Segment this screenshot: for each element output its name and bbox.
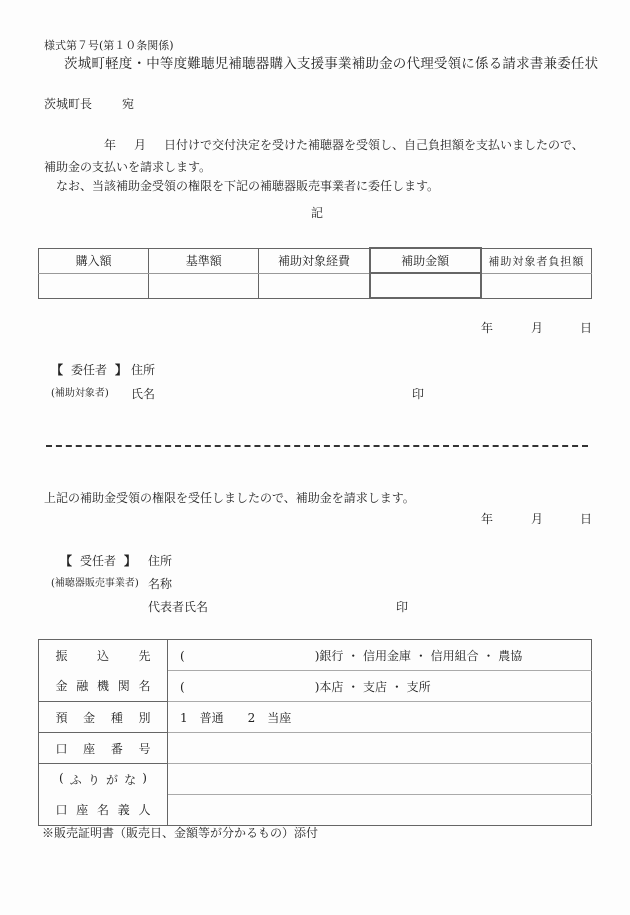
addressee-name: 茨城町長: [44, 97, 92, 111]
header-standard-amount: 基準額: [149, 248, 259, 273]
bank-label-transfer-institution: 振 込 先 金 融 機 関 名: [39, 640, 168, 702]
date-month: 月: [531, 513, 543, 525]
body-line-1: 年月日付けで交付決定を受けた補聴器を受領し、自己負担額を支払いましたので、: [44, 139, 584, 151]
delegatee-role: 受任者: [80, 554, 116, 568]
delegatee-subrole: (補聴器販売事業者): [51, 579, 139, 589]
header-eligible-cost: 補助対象経費: [259, 248, 370, 273]
date-year: 年: [481, 322, 493, 334]
delegator-seal: 印: [412, 388, 424, 400]
label-account-number: 口 座 番 号: [39, 733, 168, 764]
date-day: 日: [580, 322, 592, 334]
delegatee-seal: 印: [396, 601, 408, 613]
label-furigana: ( ふ り が な ): [59, 771, 147, 788]
body-line-2: 補助金の支払いを請求します。: [44, 161, 211, 173]
form-number: 様式第７号(第１０条関係): [44, 40, 174, 51]
amount-table: 購入額 基準額 補助対象経費 補助金額 補助対象者負担額: [38, 247, 592, 299]
standard-amount-field[interactable]: [149, 273, 259, 298]
attachment-note: ※販売証明書（販売日、金額等が分かるもの）添付: [42, 827, 318, 839]
account-type-field[interactable]: 1 普通 2 当座: [168, 702, 592, 733]
branch-name-field[interactable]: ()本店 ・ 支店 ・ 支所: [168, 671, 592, 702]
delegatee-company-label: 名称: [148, 578, 172, 590]
delegatee-rep-label: 代表者氏名: [148, 601, 208, 613]
account-number-field[interactable]: [168, 733, 592, 764]
document-title: 茨城町軽度・中等度難聴児補聴器購入支援事業補助金の代理受領に係る請求書兼委任状: [64, 58, 598, 72]
acceptance-text: 上記の補助金受領の権限を受任しましたので、補助金を請求します。: [44, 492, 415, 504]
year-label: 年: [104, 138, 116, 152]
label-institution-name: 金 融 機 関 名: [56, 677, 151, 694]
month-label: 月: [134, 138, 146, 152]
delegatee-address-label: 住所: [148, 555, 172, 567]
account-holder-field[interactable]: [168, 795, 592, 826]
header-recipient-burden: 補助対象者負担額: [481, 248, 592, 273]
eligible-cost-field[interactable]: [259, 273, 370, 298]
label-account-type: 預 金 種 別: [39, 702, 168, 733]
recipient-burden-field[interactable]: [481, 273, 592, 298]
date-year: 年: [481, 513, 493, 525]
label-account-holder: ( ふ り が な ) 口 座 名 義 人: [39, 764, 168, 826]
bank-account-table: 振 込 先 金 融 機 関 名 ()銀行 ・ 信用金庫 ・ 信用組合 ・ 農協 …: [38, 639, 592, 826]
bank-type-options: 銀行 ・ 信用金庫 ・ 信用組合 ・ 農協: [319, 649, 522, 663]
body-line-1-text: 日付けで交付決定を受けた補聴器を受領し、自己負担額を支払いましたので、: [164, 138, 584, 152]
bank-name-field[interactable]: ()銀行 ・ 信用金庫 ・ 信用組合 ・ 農協: [168, 640, 592, 671]
date-line-1: 年月日: [481, 322, 592, 334]
addressee: 茨城町長宛: [44, 98, 134, 110]
cut-line: [46, 445, 588, 447]
delegator-heading: 【委任者】: [51, 364, 127, 376]
delegator-name-label: 氏名: [131, 388, 155, 400]
addressee-honorific: 宛: [122, 97, 134, 111]
subsidy-amount-field[interactable]: [370, 273, 481, 298]
header-subsidy-amount: 補助金額: [370, 248, 481, 273]
bank-row-transfer-to: 振 込 先 金 融 機 関 名 ()銀行 ・ 信用金庫 ・ 信用組合 ・ 農協: [39, 640, 592, 671]
amount-table-header-row: 購入額 基準額 補助対象経費 補助金額 補助対象者負担額: [39, 248, 592, 273]
bank-row-account-number: 口 座 番 号: [39, 733, 592, 764]
amount-table-value-row: [39, 273, 592, 298]
date-line-2: 年月日: [481, 513, 592, 525]
delegatee-heading: 【受任者】: [60, 555, 136, 567]
branch-type-options: 本店 ・ 支店 ・ 支所: [319, 680, 430, 694]
delegator-subrole: (補助対象者): [51, 389, 109, 399]
date-day: 日: [580, 513, 592, 525]
bank-row-furigana: ( ふ り が な ) 口 座 名 義 人: [39, 764, 592, 795]
label-transfer-to: 振 込 先: [56, 647, 151, 664]
delegator-address-label: 住所: [131, 364, 155, 376]
body-line-3: なお、当該補助金受領の権限を下記の補聴器販売事業者に委任します。: [56, 180, 439, 192]
header-purchase-amount: 購入額: [39, 248, 149, 273]
label-holder-name: 口 座 名 義 人: [56, 801, 151, 818]
bank-row-account-type: 預 金 種 別 1 普通 2 当座: [39, 702, 592, 733]
delegator-role: 委任者: [71, 363, 107, 377]
purchase-amount-field[interactable]: [39, 273, 149, 298]
ki-heading: 記: [311, 207, 323, 219]
date-month: 月: [531, 322, 543, 334]
furigana-field[interactable]: [168, 764, 592, 795]
